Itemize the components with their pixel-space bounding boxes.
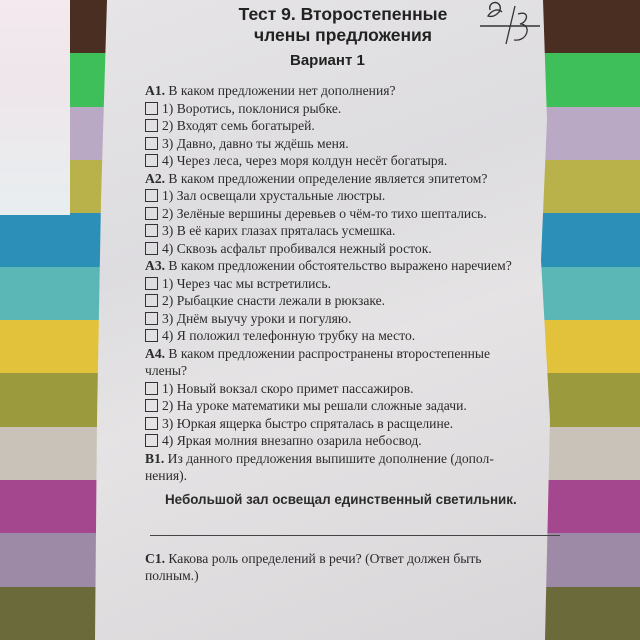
question-text-continued: члены?	[145, 362, 555, 380]
answer-checkbox[interactable]	[145, 207, 158, 220]
title-line-2: члены предложения	[228, 25, 458, 46]
answer-option: 4) Я положил телефонную трубку на место.	[145, 327, 555, 345]
answer-option-text: 4) Я положил телефонную трубку на место.	[162, 327, 415, 345]
question-number: A2.	[145, 171, 168, 186]
answer-checkbox[interactable]	[145, 119, 158, 132]
task-c1-text: C1. Какова роль определений в речи? (Отв…	[145, 550, 555, 568]
answer-checkbox[interactable]	[145, 417, 158, 430]
answer-option: 1) Через час мы встретились.	[145, 275, 555, 293]
answer-checkbox[interactable]	[145, 382, 158, 395]
answer-option-text: 1) Через час мы встретились.	[162, 275, 331, 293]
answer-checkbox[interactable]	[145, 102, 158, 115]
answer-option-text: 1) Новый вокзал скоро примет пассажиров.	[162, 380, 414, 398]
handwritten-grade	[470, 0, 540, 50]
answer-option: 2) Входят семь богатырей.	[145, 117, 555, 135]
task-b1-text: B1. Из данного предложения выпишите допо…	[145, 450, 555, 468]
answer-option: 1) Зал освещали хрустальные люстры.	[145, 187, 555, 205]
answer-option-text: 1) Воротись, поклонися рыбке.	[162, 100, 341, 118]
variant-label: Вариант 1	[290, 52, 365, 69]
question-text: A4. В каком предложении распространены в…	[145, 345, 555, 363]
answer-option-text: 2) Зелёные вершины деревьев о чём-то тих…	[162, 205, 487, 223]
answer-option: 2) Рыбацкие снасти лежали в рюкзаке.	[145, 292, 555, 310]
answer-option: 4) Яркая молния внезапно озарила небосво…	[145, 432, 555, 450]
answer-checkbox[interactable]	[145, 312, 158, 325]
answer-option: 3) В её карих глазах пряталась усмешка.	[145, 222, 555, 240]
answer-option-text: 1) Зал освещали хрустальные люстры.	[162, 187, 385, 205]
answer-option-text: 4) Сквозь асфальт пробивался нежный рост…	[162, 240, 432, 258]
question-number: A1.	[145, 83, 168, 98]
answer-option: 3) Днём выучу уроки и погуляю.	[145, 310, 555, 328]
answer-option-text: 2) Рыбацкие снасти лежали в рюкзаке.	[162, 292, 385, 310]
answer-checkbox[interactable]	[145, 137, 158, 150]
background-photo	[0, 0, 70, 215]
answer-checkbox[interactable]	[145, 294, 158, 307]
question-text: A1. В каком предложении нет дополнения?	[145, 82, 555, 100]
title-line-1: Тест 9. Второстепенные	[228, 4, 458, 25]
answer-option-text: 3) Давно, давно ты ждёшь меня.	[162, 135, 349, 153]
answer-option: 2) На уроке математики мы решали сложные…	[145, 397, 555, 415]
answer-option: 4) Сквозь асфальт пробивался нежный рост…	[145, 240, 555, 258]
answer-option: 1) Новый вокзал скоро примет пассажиров.	[145, 380, 555, 398]
answer-checkbox[interactable]	[145, 224, 158, 237]
answer-option-text: 4) Через леса, через моря колдун несёт б…	[162, 152, 447, 170]
answer-option: 4) Через леса, через моря колдун несёт б…	[145, 152, 555, 170]
questions-area: A1. В каком предложении нет дополнения?1…	[145, 82, 555, 585]
task-c1-text-continued: полным.)	[145, 567, 555, 585]
question-number: A3.	[145, 258, 168, 273]
task-c1-number: C1.	[145, 551, 168, 566]
answer-line	[150, 535, 560, 536]
answer-option: 2) Зелёные вершины деревьев о чём-то тих…	[145, 205, 555, 223]
answer-checkbox[interactable]	[145, 189, 158, 202]
test-title: Тест 9. Второстепенные члены предложения	[228, 4, 458, 46]
task-b1-sentence: Небольшой зал освещал единственный свети…	[165, 491, 555, 509]
answer-option-text: 2) Входят семь богатырей.	[162, 117, 315, 135]
answer-option-text: 4) Яркая молния внезапно озарила небосво…	[162, 432, 422, 450]
answer-checkbox[interactable]	[145, 277, 158, 290]
answer-option-text: 2) На уроке математики мы решали сложные…	[162, 397, 467, 415]
answer-option-text: 3) Днём выучу уроки и погуляю.	[162, 310, 351, 328]
answer-option: 1) Воротись, поклонися рыбке.	[145, 100, 555, 118]
answer-checkbox[interactable]	[145, 242, 158, 255]
answer-option: 3) Давно, давно ты ждёшь меня.	[145, 135, 555, 153]
answer-option-text: 3) В её карих глазах пряталась усмешка.	[162, 222, 395, 240]
answer-option-text: 3) Юркая ящерка быстро спряталась в расщ…	[162, 415, 453, 433]
answer-checkbox[interactable]	[145, 399, 158, 412]
task-b1-text-continued: нения).	[145, 467, 555, 485]
task-b1-number: B1.	[145, 451, 168, 466]
answer-option: 3) Юркая ящерка быстро спряталась в расщ…	[145, 415, 555, 433]
question-text: A2. В каком предложении определение явля…	[145, 170, 555, 188]
answer-checkbox[interactable]	[145, 154, 158, 167]
question-number: A4.	[145, 346, 168, 361]
answer-checkbox[interactable]	[145, 329, 158, 342]
question-text: A3. В каком предложении обстоятельство в…	[145, 257, 555, 275]
answer-checkbox[interactable]	[145, 434, 158, 447]
